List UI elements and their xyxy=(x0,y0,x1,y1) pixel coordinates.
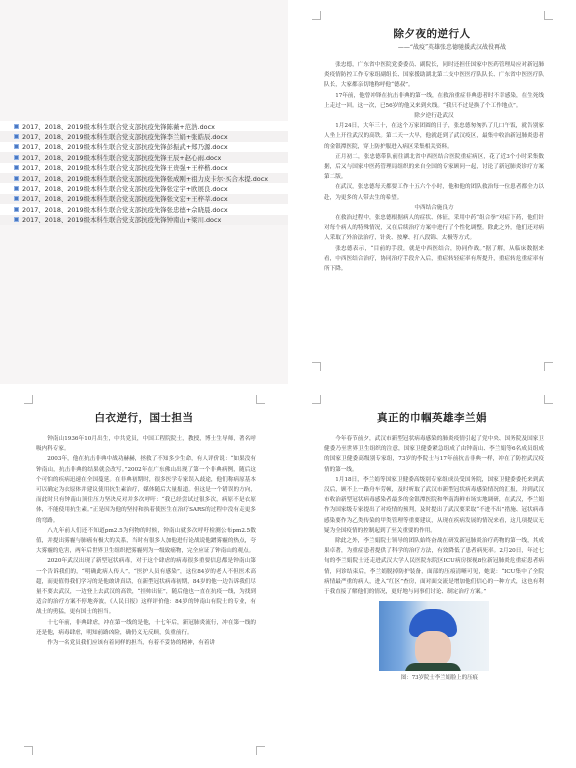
page-corner-mark xyxy=(24,746,33,755)
file-item[interactable]: 2017、2018、2019级本科生联合党支部抗疫先锋王贵强+王梓楷.docx xyxy=(0,163,288,173)
page-corner-mark xyxy=(24,395,33,404)
document-body: 今年春节前夕，武汉市新型冠状病毒感染的肺炎疫情引起了党中央、国务院及国家卫健委乃… xyxy=(324,434,544,683)
page-corner-mark xyxy=(544,11,553,20)
file-item[interactable]: 2017、2018、2019级本科生联合党支部抗疫先锋彭振武+郑乃源.docx xyxy=(0,142,288,152)
document-page-zhang: 除夕夜的逆行人 ——“战疫”英雄张忠德驰援武汉战役再战 张忠德，广东省中医院党委… xyxy=(288,0,576,384)
docx-file-icon xyxy=(14,155,19,160)
page-corner-mark xyxy=(544,362,553,371)
paragraph: 2003年，他在抗击非典中战功赫赫，拯救了不知多少生命，有人评价说：“如果没有钟… xyxy=(36,454,256,525)
page-corner-mark xyxy=(312,11,321,20)
document-title: 真正的巾帼英雄李兰娟 xyxy=(288,410,576,425)
docx-file-icon xyxy=(14,196,19,201)
document-title: 白衣逆行，国士担当 xyxy=(0,410,288,425)
docx-file-icon xyxy=(14,144,19,149)
page-corner-mark xyxy=(544,395,553,404)
file-list: 2017、2018、2019级本科生联合党支部抗疫先锋陈薇+范浩.docx 20… xyxy=(0,121,288,225)
file-name: 2017、2018、2019级本科生联合党支部抗疫先锋彭振武+郑乃源.docx xyxy=(22,142,228,151)
paragraph: 八九年前人们还不知道pm2.5为何物的时候，钟南山就多次呼吁检测公布pm2.5数… xyxy=(36,526,256,557)
paragraph: 在武汉，张忠德每天都要工作十五六个小时，他和他的团队救治每一位患者都全力以赴，为… xyxy=(324,182,544,202)
paragraph: 张忠德，广东省中医院党委委员、副院长，同时还担任国家中医药管理局应对新冠肺炎疫情… xyxy=(324,60,544,91)
file-item[interactable]: 2017、2018、2019级本科生联合党支部抗疫先锋张定宇+欧展良.docx xyxy=(0,183,288,193)
paragraph: 正月初二，张忠德带队前往湖北省中西医结合医院重症病区，花了近3个小时采集数据，后… xyxy=(324,152,544,183)
page-corner-mark xyxy=(312,395,321,404)
photo-caption: 图：73岁院士李兰娟脸上的压痕 xyxy=(324,673,544,683)
paragraph: 作为一名党员我们应该有着同样的担当，有着不妥协的精神，有着讲 xyxy=(36,638,256,648)
page-corner-mark xyxy=(256,746,265,755)
file-name: 2017、2018、2019级本科生联合党支部抗疫先锋李兰娟+张皓辰.docx xyxy=(22,132,228,141)
paragraph: 17年前，他曾冲锋在抗击非典的第一线，在救治重症非典患者时不幸感染，在生死线上走… xyxy=(324,91,544,111)
file-name: 2017、2018、2019级本科生联合党支部抗疫先锋钟南山+梁川.docx xyxy=(22,215,221,224)
section-heading: 除夕逆行赴武汉 xyxy=(324,111,544,121)
paragraph: 张忠德表示，“目前的手段，就是中西医结合，协同作战。”据了解，从临床数据来看，中… xyxy=(324,244,544,275)
file-list-pane: 2017、2018、2019级本科生联合党支部抗疫先锋陈薇+范浩.docx 20… xyxy=(0,0,288,384)
file-item[interactable]: 2017、2018、2019级本科生联合党支部抗疫先锋张成刚+祖力皮卡尔·买合木… xyxy=(0,173,288,183)
paragraph: 在救治过程中，张忠德根据病人的症状、体征，采用中药“组合拳”对症下药，他们针对每… xyxy=(324,213,544,244)
page-corner-mark xyxy=(312,362,321,371)
docx-file-icon xyxy=(14,134,19,139)
paragraph: 2020年武汉出现了新型冠状病毒，对于这个肆虐的病毒很多重要信息都是钟南山第一个… xyxy=(36,556,256,617)
file-name: 2017、2018、2019级本科生联合党支部抗疫先锋王贵强+王梓楷.docx xyxy=(22,163,228,172)
docx-file-icon xyxy=(14,124,19,129)
file-name: 2017、2018、2019级本科生联合党支部抗疫先锋王辰+赵心雨.docx xyxy=(22,153,221,162)
docx-file-icon xyxy=(14,176,19,181)
file-item[interactable]: 2017、2018、2019级本科生联合党支部抗疫先锋陈薇+范浩.docx xyxy=(0,121,288,131)
docx-file-icon xyxy=(14,207,19,212)
face xyxy=(415,631,451,667)
paragraph: 1月18日，李兰娟等国家卫健委高级别专家组成员受国务院，国家卫健委委托来到武汉后… xyxy=(324,475,544,536)
paragraph: 今年春节前夕，武汉市新型冠状病毒感染的肺炎疫情引起了党中央、国务院及国家卫健委乃… xyxy=(324,434,544,475)
docx-file-icon xyxy=(14,217,19,222)
paragraph: 1月24日，大年三十，在这个万家团圆的日子，张忠德匆匆扒了几口午饭，就告别家人坐… xyxy=(324,121,544,152)
paragraph: 钟南山1936年10月出生，中共党员，中国工程院院士，教授，博士生导师，著名呼吸… xyxy=(36,434,256,454)
document-subtitle: ——“战疫”英雄张忠德驰援武汉战役再战 xyxy=(308,42,576,51)
docx-file-icon xyxy=(14,165,19,170)
paragraph: 除此之外，李兰娟院士领导的团队始终奋战在研发新冠肺炎治疗药物的第一线，其成果卓著… xyxy=(324,536,544,597)
shirt xyxy=(405,663,461,671)
document-title: 除夕夜的逆行人 xyxy=(288,26,576,41)
file-name: 2017、2018、2019级本科生联合党支部抗疫先锋张成刚+祖力皮卡尔·买合木… xyxy=(22,174,268,183)
page-corner-mark xyxy=(256,395,265,404)
document-page-zhong: 白衣逆行，国士担当 钟南山1936年10月出生，中共党员，中国工程院院士，教授，… xyxy=(0,384,288,768)
document-body: 张忠德，广东省中医院党委委员、副院长，同时还担任国家中医药管理局应对新冠肺炎疫情… xyxy=(324,60,544,274)
file-item[interactable]: 2017、2018、2019级本科生联合党支部抗疫先锋钟南山+梁川.docx xyxy=(0,215,288,225)
paragraph: 十七年前，非典肆虐，冲在第一线的是他，十七年后，新冠肺炎流行，冲在第一线的还是他… xyxy=(36,618,256,638)
document-page-li: 真正的巾帼英雄李兰娟 今年春节前夕，武汉市新型冠状病毒感染的肺炎疫情引起了党中央… xyxy=(288,384,576,768)
file-item[interactable]: 2017、2018、2019级本科生联合党支部抗疫先锋张忠德+佘晓晨.docx xyxy=(0,204,288,214)
file-name: 2017、2018、2019级本科生联合党支部抗疫先锋张文宏+王梓莘.docx xyxy=(22,194,228,203)
section-heading: 中西结合施良方 xyxy=(324,203,544,213)
document-body: 钟南山1936年10月出生，中共党员，中国工程院院士，教授，博士生导师，著名呼吸… xyxy=(36,434,256,648)
file-name: 2017、2018、2019级本科生联合党支部抗疫先锋陈薇+范浩.docx xyxy=(22,122,215,131)
file-name: 2017、2018、2019级本科生联合党支部抗疫先锋张忠德+佘晓晨.docx xyxy=(22,205,228,214)
portrait-photo xyxy=(379,601,489,671)
file-item[interactable]: 2017、2018、2019级本科生联合党支部抗疫先锋李兰娟+张皓辰.docx xyxy=(0,131,288,141)
file-item[interactable]: 2017、2018、2019级本科生联合党支部抗疫先锋张文宏+王梓莘.docx xyxy=(0,194,288,204)
file-name: 2017、2018、2019级本科生联合党支部抗疫先锋张定宇+欧展良.docx xyxy=(22,184,228,193)
docx-file-icon xyxy=(14,186,19,191)
file-item[interactable]: 2017、2018、2019级本科生联合党支部抗疫先锋王辰+赵心雨.docx xyxy=(0,152,288,162)
